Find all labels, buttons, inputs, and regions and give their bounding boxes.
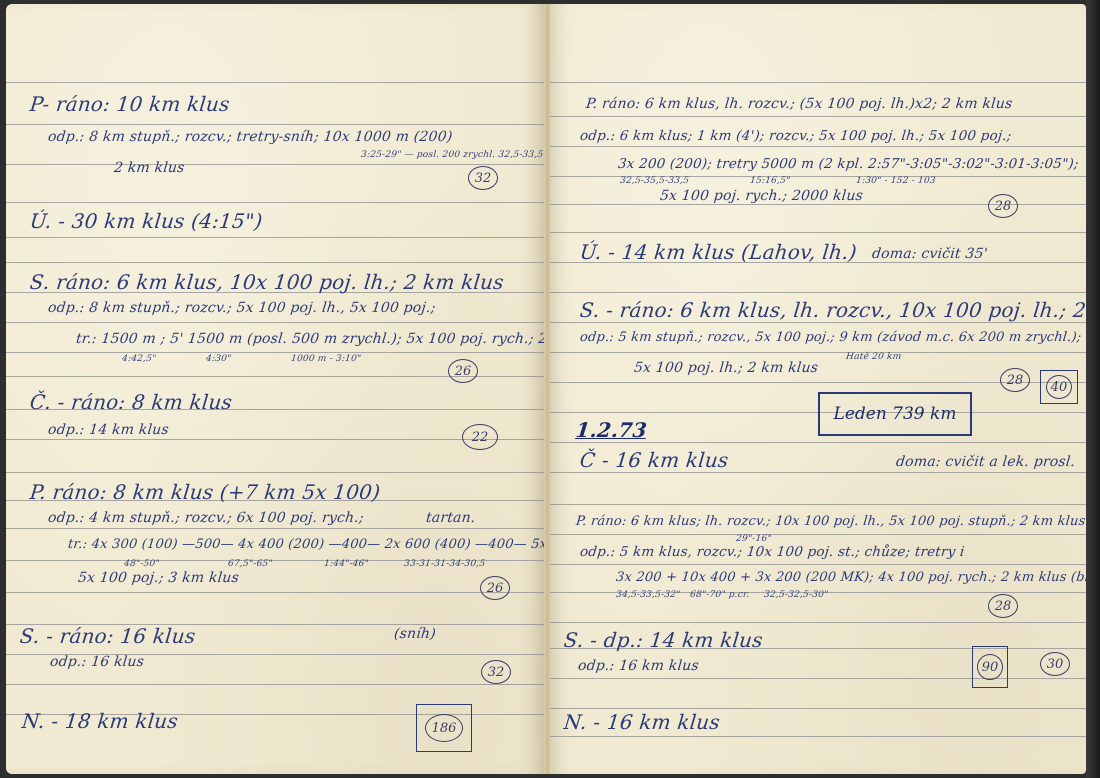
home-note: doma: cvičit 35' <box>871 246 988 262</box>
log-line: 3x 200 (200); tretry 5000 m (2 kpl. 2:57… <box>617 156 1079 172</box>
log-line: S. ráno: 6 km klus, 10x 100 poj. lh.; 2 … <box>29 270 505 294</box>
ruled-line <box>6 472 546 473</box>
daily-total-circle: 32 <box>468 166 498 190</box>
partial-total-circle: 40 <box>1046 375 1072 399</box>
week-total-circle: 186 <box>425 714 463 742</box>
daily-total-circle: 30 <box>1040 652 1070 676</box>
surface-note: tartan. <box>425 510 476 526</box>
left-page: P- ráno: 10 km klus odp.: 8 km stupň.; r… <box>6 4 546 774</box>
ruled-line <box>6 262 546 263</box>
ruled-line <box>550 622 1086 623</box>
log-line: 5x 100 poj.; 3 km klus <box>77 570 240 586</box>
week-total-box: 186 <box>416 704 472 752</box>
split-annotation: 3:25-29" — posl. 200 zrychl. 32,5-33,5 <box>360 150 543 160</box>
ruled-line <box>6 202 546 203</box>
ruled-line <box>550 504 1086 505</box>
daily-total-circle: 22 <box>462 424 498 450</box>
log-line: odp.: 14 km klus <box>47 422 169 438</box>
split-annotation: 1:44"-46" <box>323 559 369 569</box>
log-line: 5x 100 poj. rych.; 2000 klus <box>659 188 864 204</box>
split-annotation: 68"-70" p.cr. <box>689 590 750 600</box>
ruled-line <box>550 292 1086 293</box>
split-annotation: Hatě 20 km <box>845 352 901 362</box>
month-summary-box: Leden 739 km <box>818 392 972 436</box>
ruled-line <box>6 237 546 238</box>
ruled-line <box>550 146 1086 147</box>
weather-note: (sníh) <box>393 626 437 642</box>
partial-total-box: 40 <box>1040 370 1078 404</box>
partial-total-circle: 90 <box>977 654 1003 680</box>
ruled-line <box>6 322 546 323</box>
log-line: P. ráno: 6 km klus; lh. rozcv.; 10x 100 … <box>575 514 1086 529</box>
log-line: S. - ráno: 6 km klus, lh. rozcv., 10x 10… <box>579 298 1086 322</box>
ruled-line <box>6 82 546 83</box>
log-line: N. - 16 km klus <box>563 710 721 734</box>
log-line: 2 km klus <box>113 160 185 176</box>
partial-total-box: 90 <box>972 646 1008 688</box>
split-annotation: 34,5-33,5-32" <box>615 590 680 600</box>
daily-total-circle: 28 <box>988 594 1018 618</box>
log-line: Ú. - 30 km klus (4:15") <box>29 209 264 233</box>
log-line: odp.: 6 km klus; 1 km (4'); rozcv.; 5x 1… <box>579 128 1012 144</box>
daily-total-circle: 28 <box>988 194 1018 218</box>
split-annotation: 48"-50" <box>123 559 160 569</box>
log-line: tr.: 1500 m ; 5' 1500 m (posl. 500 m zry… <box>75 331 546 347</box>
split-annotation: 4:30" <box>205 354 231 364</box>
log-line: odp.: 5 km stupň.; rozcv., 5x 100 poj.; … <box>579 330 1082 345</box>
ruled-line <box>550 322 1086 323</box>
daily-total-circle: 26 <box>480 576 510 600</box>
ruled-line <box>6 124 546 125</box>
split-annotation: 32,5-35,5-33,5 <box>619 176 689 186</box>
log-line: Ú. - 14 km klus (Lahov, lh.) <box>579 240 858 264</box>
log-line: odp.: 4 km stupň.; rozcv.; 6x 100 poj. r… <box>47 510 365 526</box>
ruled-line <box>550 564 1086 565</box>
split-annotation: 1:30" - 152 - 103 <box>855 176 936 186</box>
ruled-line <box>6 592 546 593</box>
ruled-line <box>550 534 1086 535</box>
home-note: doma: cvičit a lek. prosl. <box>895 454 1076 470</box>
ruled-line <box>550 116 1086 117</box>
split-annotation: 32,5-32,5-30" <box>763 590 828 600</box>
notebook-spread: P- ráno: 10 km klus odp.: 8 km stupň.; r… <box>0 0 1100 778</box>
log-line: odp.: 16 km klus <box>577 658 699 674</box>
ruled-line <box>550 442 1086 443</box>
log-line: odp.: 5 km klus, rozcv.; 10x 100 poj. st… <box>579 544 965 560</box>
notebook-edge <box>1086 0 1100 778</box>
split-annotation: 4:42,5" <box>121 354 156 364</box>
ruled-line <box>6 528 546 529</box>
log-line: odp.: 8 km stupň.; rozcv.; 5x 100 poj. l… <box>47 300 436 316</box>
daily-total-circle: 28 <box>1000 368 1030 392</box>
log-line: tr.: 4x 300 (100) —500— 4x 400 (200) —40… <box>67 537 546 552</box>
log-line: S. - dp.: 14 km klus <box>563 628 764 652</box>
split-annotation: 1000 m - 3:10" <box>290 354 361 364</box>
log-line: P. ráno: 8 km klus (+7 km 5x 100) <box>29 480 382 504</box>
daily-total-circle: 26 <box>448 359 478 383</box>
split-annotation: 15:16,5" <box>749 176 790 186</box>
log-line: odp.: 16 klus <box>49 654 145 670</box>
ruled-line <box>6 164 546 165</box>
split-annotation: 29"-16" <box>735 534 772 544</box>
log-line: odp.: 8 km stupň.; rozcv.; tretry-sníh; … <box>47 129 453 145</box>
ruled-line <box>550 708 1086 709</box>
ruled-line <box>6 352 546 353</box>
log-line: P- ráno: 10 km klus <box>29 92 231 116</box>
ruled-line <box>550 82 1086 83</box>
log-line: S. - ráno: 16 klus <box>19 624 197 648</box>
ruled-line <box>550 232 1086 233</box>
log-line: N. - 18 km klus <box>21 709 179 733</box>
log-line: 5x 100 poj. lh.; 2 km klus <box>633 360 819 376</box>
log-line: P. ráno: 6 km klus, lh. rozcv.; (5x 100 … <box>585 96 1013 112</box>
split-annotation: 33-31-31-34-30,5 <box>403 559 485 569</box>
ruled-line <box>550 736 1086 737</box>
date-heading: 1.2.73 <box>575 418 648 442</box>
log-line: Č. - ráno: 8 km klus <box>29 390 234 414</box>
ruled-line <box>550 472 1086 473</box>
ruled-line <box>6 684 546 685</box>
split-annotation: 67,5"-65" <box>227 559 273 569</box>
log-line: Č - 16 km klus <box>579 448 730 472</box>
right-page: P. ráno: 6 km klus, lh. rozcv.; (5x 100 … <box>550 4 1086 774</box>
daily-total-circle: 32 <box>481 660 511 684</box>
ruled-line <box>550 352 1086 353</box>
log-line: 3x 200 + 10x 400 + 3x 200 (200 MK); 4x 1… <box>615 570 1086 585</box>
